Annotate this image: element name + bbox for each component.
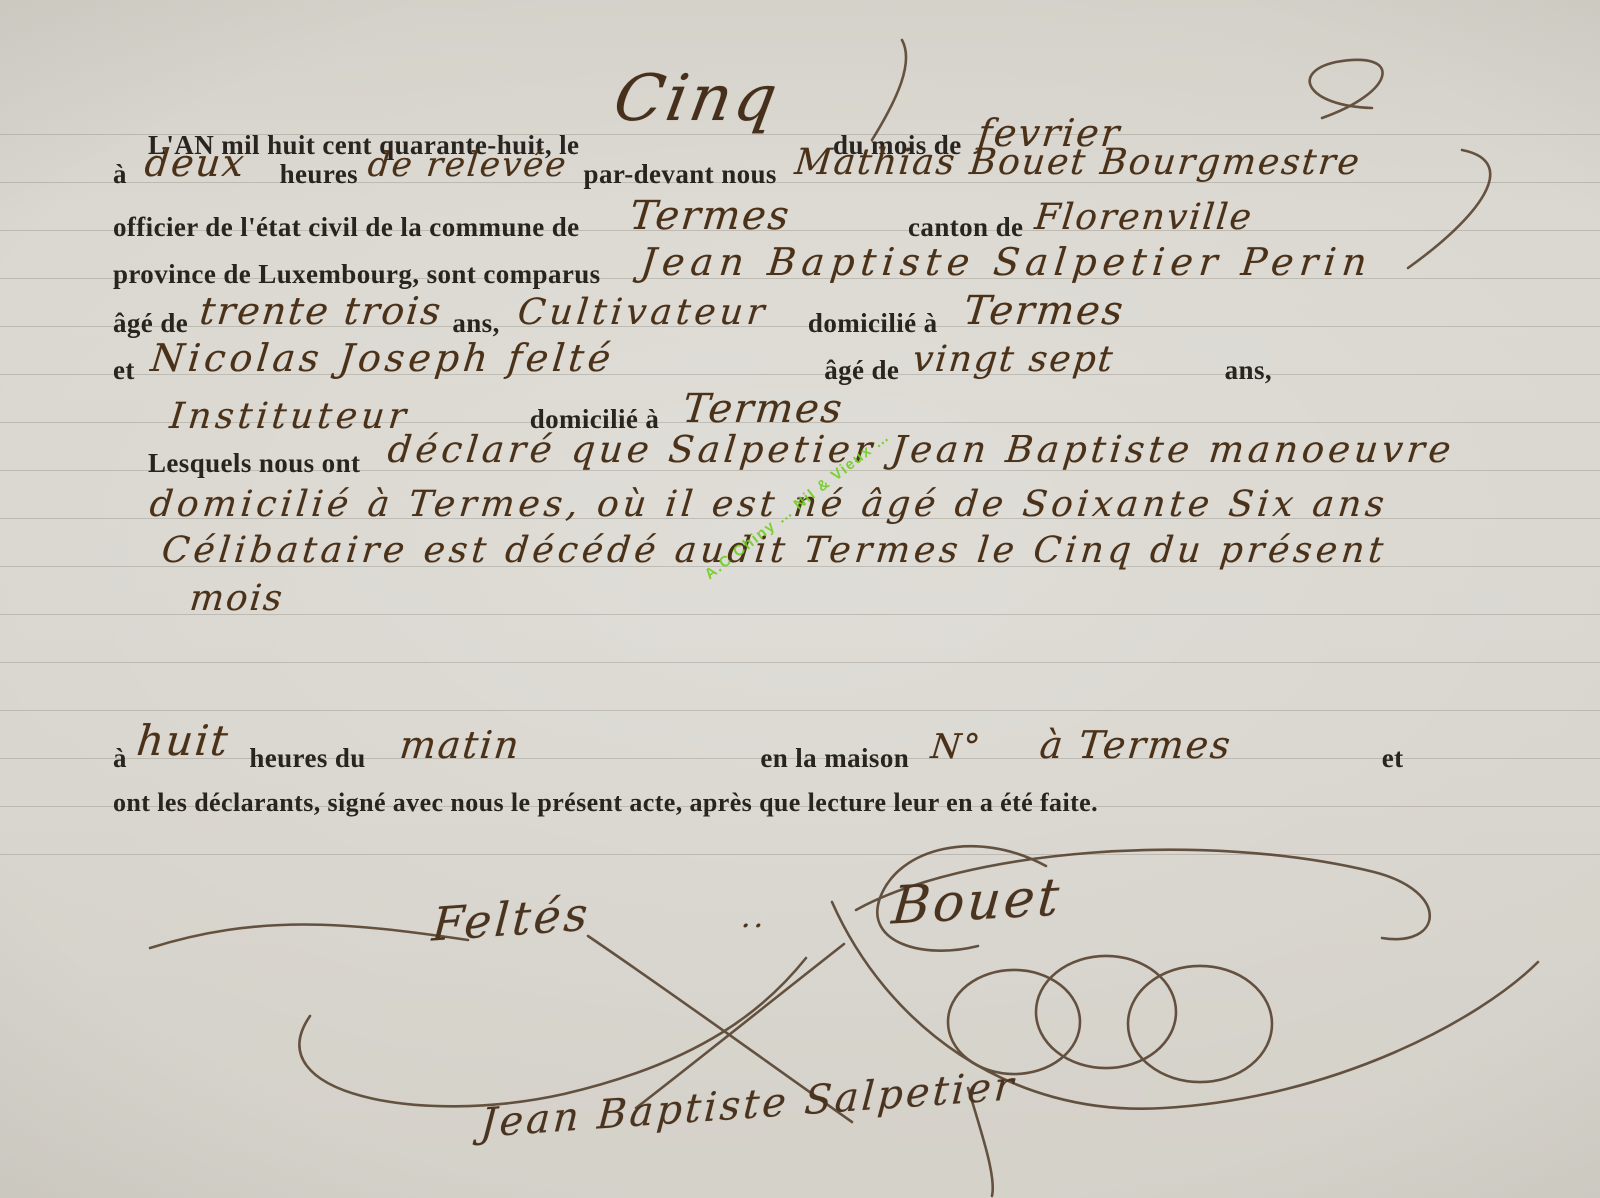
handwritten-entry: à Termes bbox=[1038, 723, 1234, 767]
text-line: àdeuxheuresde relevéepar-devant nousMath… bbox=[113, 148, 1361, 192]
handwritten-entry: deux bbox=[143, 141, 248, 185]
witness-signature-feltes: Feltés bbox=[430, 886, 592, 951]
ruled-line bbox=[0, 662, 1600, 663]
ink-dots: .. bbox=[740, 900, 770, 935]
printed-form-text: et bbox=[113, 355, 135, 386]
handwritten-entry: vingt sept bbox=[911, 339, 1117, 380]
handwritten-entry: Florenville bbox=[1033, 197, 1255, 238]
printed-form-text: heures du bbox=[249, 743, 365, 774]
handwritten-entry: Jean Baptiste Salpetier Perin bbox=[638, 240, 1374, 284]
handwritten-entry: déclaré que Salpetier Jean Baptiste mano… bbox=[386, 428, 1457, 471]
handwritten-entry: Nicolas Joseph felté bbox=[148, 336, 616, 380]
printed-form-text: ans, bbox=[1225, 355, 1272, 386]
text-line: àhuitheures dumatinen la maisonN°à Terme… bbox=[113, 728, 1403, 777]
printed-form-text: à bbox=[113, 743, 127, 774]
mayor-signature-bouet: Bouet bbox=[889, 867, 1064, 936]
handwritten-entry: N° bbox=[929, 727, 984, 767]
ruled-line bbox=[0, 854, 1600, 855]
printed-form-text: en la maison bbox=[760, 743, 909, 774]
handwritten-entry: matin bbox=[397, 723, 522, 767]
printed-form-text: âgé de bbox=[824, 355, 899, 386]
text-line: mois bbox=[190, 578, 284, 619]
printed-form-text: canton de bbox=[908, 212, 1023, 243]
handwritten-entry: Termes bbox=[961, 288, 1126, 334]
printed-form-text: Lesquels nous ont bbox=[148, 448, 360, 479]
printed-form-text: ont les déclarants, signé avec nous le p… bbox=[113, 788, 1098, 818]
text-line: Lesquels nous ontdéclaré que Salpetier J… bbox=[148, 438, 1455, 481]
handwritten-entry: Cultivateur bbox=[516, 292, 771, 333]
handwritten-entry: mois bbox=[188, 578, 286, 619]
handwritten-entry: de relevée bbox=[366, 145, 570, 185]
handwritten-entry: Termes bbox=[681, 386, 846, 432]
text-line: ont les déclarants, signé avec nous le p… bbox=[113, 788, 1098, 818]
text-line: province de Luxembourg, sont comparusJea… bbox=[113, 248, 1372, 292]
printed-form-text: officier de l'état civil de la commune d… bbox=[113, 212, 580, 243]
scanned-death-record-page: { "page": { "paper_color": "#d8d5ce", "p… bbox=[0, 0, 1600, 1198]
printed-form-text: domicilié à bbox=[808, 308, 938, 339]
printed-form-text: province de Luxembourg, sont comparus bbox=[113, 259, 601, 290]
text-line: Célibataire est décédé audit Termes le C… bbox=[162, 530, 1387, 571]
handwritten-entry: Instituteur bbox=[168, 396, 412, 437]
printed-form-text: âgé de bbox=[113, 308, 188, 339]
printed-form-text: par-devant nous bbox=[584, 159, 777, 190]
handwritten-entry: trente trois bbox=[198, 289, 445, 333]
printed-form-text: heures bbox=[280, 159, 358, 190]
ruled-line bbox=[0, 710, 1600, 711]
handwritten-entry: Cinq bbox=[609, 62, 786, 136]
printed-form-text: ans, bbox=[452, 308, 499, 339]
handwritten-entry: huit bbox=[134, 716, 232, 765]
printed-form-text: et bbox=[1382, 743, 1404, 774]
handwritten-entry: Mathias Bouet Bourgmestre bbox=[793, 142, 1363, 183]
handwritten-entry: Termes bbox=[627, 193, 792, 239]
text-line: etNicolas Joseph feltéâgé devingt septan… bbox=[113, 344, 1272, 388]
printed-form-text: à bbox=[113, 159, 127, 190]
handwritten-entry: Célibataire est décédé audit Termes le C… bbox=[160, 530, 1389, 571]
